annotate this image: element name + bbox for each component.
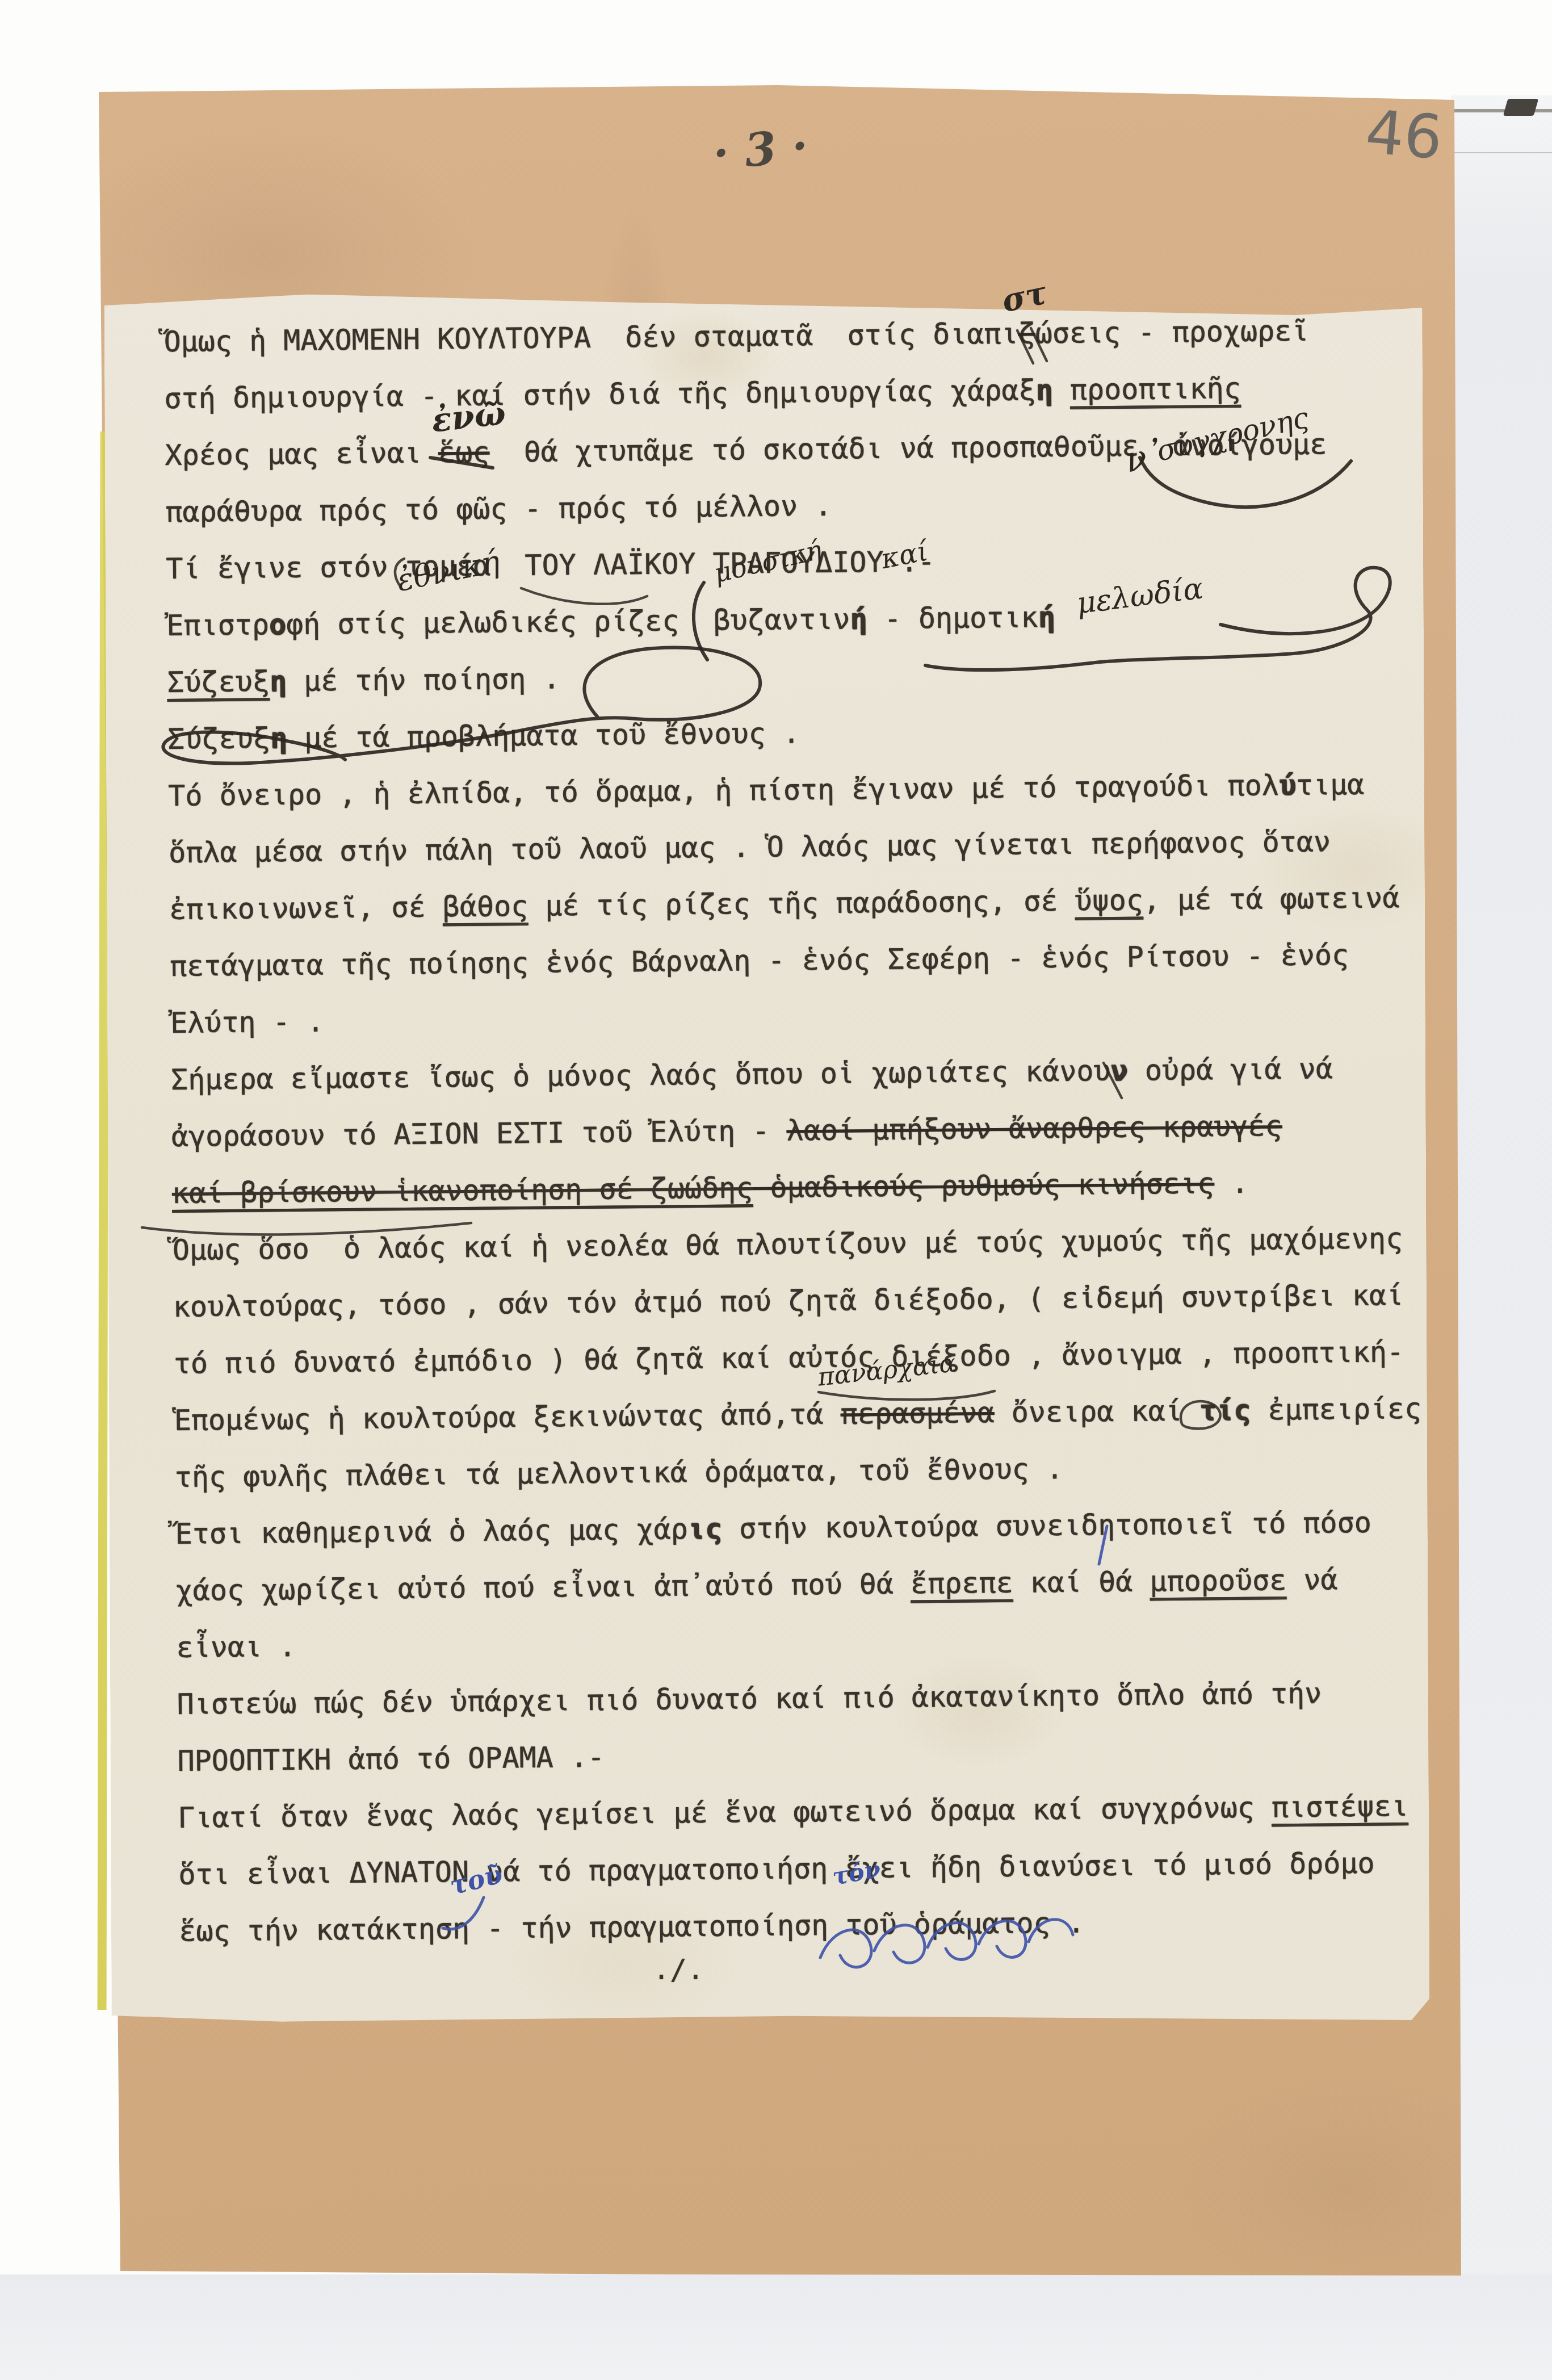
scan-edge-shadow xyxy=(1451,109,1552,112)
handwritten-eno: ἐνῶ xyxy=(430,393,507,439)
end-of-text-mark: ./. xyxy=(653,1953,704,1986)
backing-crease xyxy=(1452,152,1552,153)
scanner-backing-right xyxy=(1451,95,1552,2380)
scan-edge-dark-mark xyxy=(1503,99,1539,116)
scanned-document-page: { "page": { "number": "· 3 ·", "folio": … xyxy=(0,0,1552,2380)
scanner-backing-bottom xyxy=(0,2274,1552,2380)
handwritten-page-number: · 3 · xyxy=(711,119,810,180)
handwritten-folio-number: 46 xyxy=(1363,97,1445,173)
handwritten-nu-apostrophe: ν᾽ xyxy=(1122,433,1167,481)
